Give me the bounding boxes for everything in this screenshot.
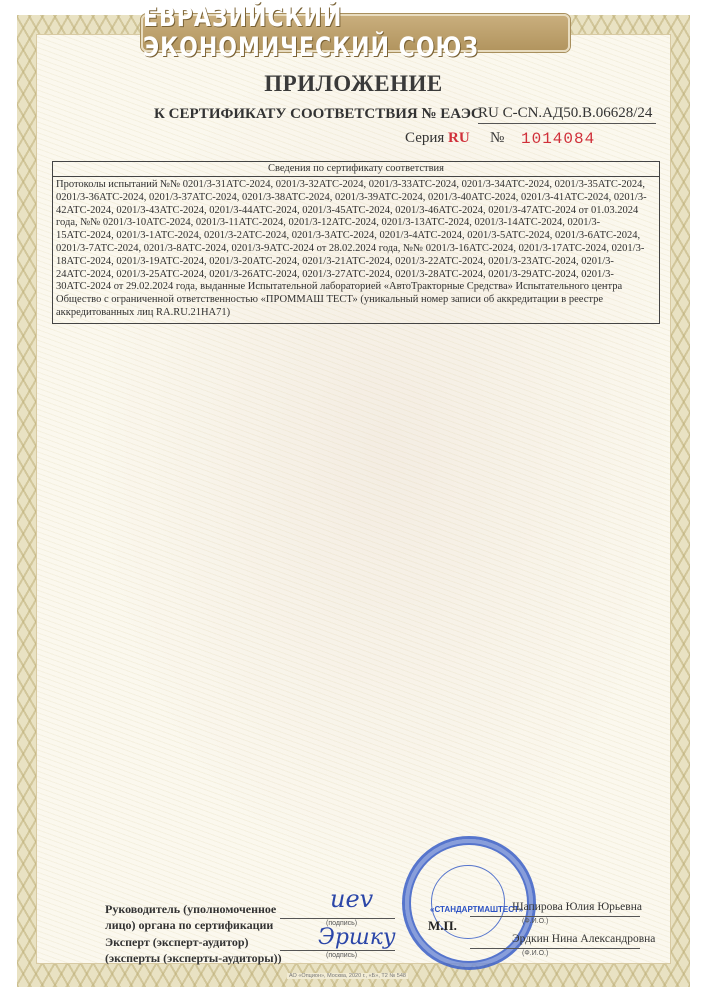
series: Серия RU: [405, 130, 470, 147]
head-label: Руководитель (уполномоченное лицо) орган…: [105, 901, 276, 933]
subtitle: К СЕРТИФИКАТУ СООТВЕТСТВИЯ № ЕАЭС: [154, 106, 482, 123]
head-name-line: [470, 916, 640, 917]
number-label: №: [490, 130, 504, 147]
table-heading: Сведения по сертификату соответствия: [53, 162, 659, 177]
head-signature: иеv: [330, 885, 373, 913]
seal-label: М.П.: [428, 918, 457, 934]
union-banner: ЕВРАЗИЙСКИЙ ЭКОНОМИЧЕСКИЙ СОЮЗ: [141, 14, 570, 52]
head-signature-line: [280, 918, 395, 919]
expert-signature-line: [280, 950, 395, 951]
expert-name: Эрдкин Нина Александровна: [512, 933, 655, 945]
banner-text: ЕВРАЗИЙСКИЙ ЭКОНОМИЧЕСКИЙ СОЮЗ: [143, 3, 568, 63]
expert-name-line: [470, 948, 640, 949]
expert-label-line2: (эксперты (эксперты-аудиторы)): [105, 950, 282, 966]
series-label: Серия: [405, 130, 444, 146]
expert-signature: Эршку: [318, 925, 396, 950]
expert-label-line1: Эксперт (эксперт-аудитор): [105, 934, 282, 950]
printer-imprint: АО «Опцион», Москва, 2020 г., «Б», Т2 № …: [287, 973, 408, 979]
head-label-line2: лицо) органа по сертификации: [105, 917, 276, 933]
certificate-number: RU C-CN.АД50.В.06628/24: [478, 105, 656, 124]
table-body-text: Протоколы испытаний №№ 0201/3-31АТС-2024…: [53, 177, 659, 323]
certificate-info-table: Сведения по сертификату соответствия Про…: [52, 161, 660, 324]
head-label-line1: Руководитель (уполномоченное: [105, 901, 276, 917]
form-number: 1014084: [521, 130, 595, 148]
head-name-caption: (Ф.И.О.): [522, 918, 548, 925]
expert-label: Эксперт (эксперт-аудитор) (эксперты (экс…: [105, 934, 282, 966]
page-title: ПРИЛОЖЕНИЕ: [0, 71, 707, 97]
expert-signature-caption: (подпись): [326, 952, 357, 959]
series-value: RU: [448, 130, 470, 146]
head-name: Шапирова Юлия Юрьевна: [512, 901, 642, 913]
expert-name-caption: (Ф.И.О.): [522, 950, 548, 957]
stamp-center-text: «СТАНДАРТМАШТЕСТ»: [430, 905, 523, 914]
